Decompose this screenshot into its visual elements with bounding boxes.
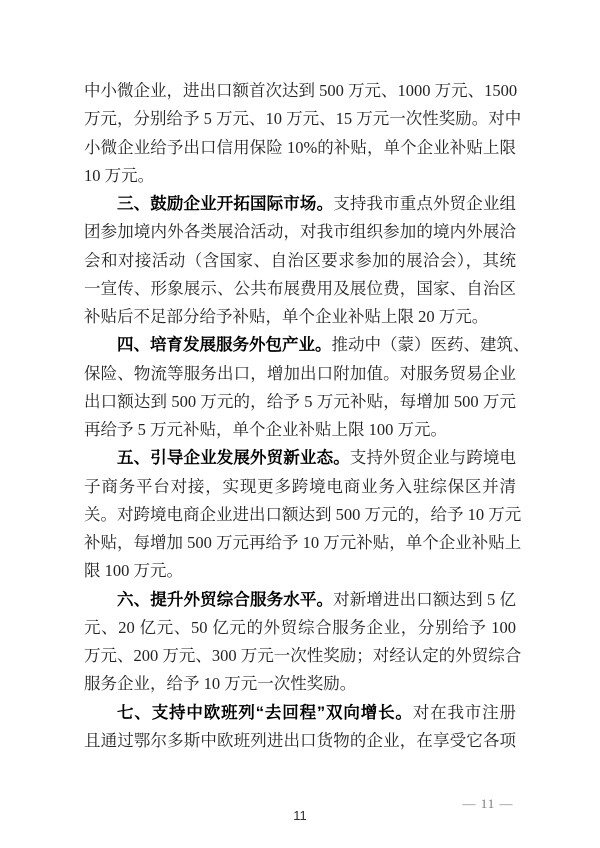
section-heading: 五、引导企业发展外贸新业态。 (117, 449, 350, 467)
text-line: 七、支持中欧班列“去回程”双向增长。对在我市注册 (84, 699, 516, 727)
body-text: 对新增进出口额达到 5 亿 (333, 590, 516, 609)
body-text: 支持外贸企业与跨境电 (350, 448, 516, 467)
text-line: 限 100 万元。 (84, 557, 516, 585)
text-line: 中小微企业，进出口额首次达到 500 万元、1000 万元、1500 (84, 77, 516, 105)
paragraph-continuation: 中小微企业，进出口额首次达到 500 万元、1000 万元、1500万元，分别给… (84, 77, 516, 190)
text-line: 五、引导企业发展外贸新业态。支持外贸企业与跨境电 (84, 444, 516, 472)
section-heading: 六、提升外贸综合服务水平。 (117, 591, 333, 609)
text-line: 关。对跨境电商企业进出口额达到 500 万元的，给予 10 万元 (84, 501, 516, 529)
text-line: 补贴，每增加 500 万元再给予 10 万元补贴，单个企业补贴上 (84, 529, 516, 557)
body-text: 推动中（蒙）医药、建筑、 (332, 335, 530, 354)
text-line: 保险、物流等服务出口，增加出口附加值。对服务贸易企业 (84, 360, 516, 388)
text-line: 服务企业，给予 10 万元一次性奖励。 (84, 670, 516, 698)
text-line: 小微企业给予出口信用保险 10%的补贴，单个企业补贴上限 (84, 134, 516, 162)
paragraph-section-3: 三、鼓励企业开拓国际市场。支持我市重点外贸企业组团参加境内外各类展洽活动，对我市… (84, 190, 516, 331)
paragraph-section-6: 六、提升外贸综合服务水平。对新增进出口额达到 5 亿元、20 亿元、50 亿元的… (84, 586, 516, 699)
text-line: 元、20 亿元、50 亿元的外贸综合服务企业，分别给予 100 (84, 614, 516, 642)
text-line: 四、培育发展服务外包产业。推动中（蒙）医药、建筑、 (84, 331, 516, 359)
paragraph-section-7: 七、支持中欧班列“去回程”双向增长。对在我市注册且通过鄂尔多斯中欧班列进出口货物… (84, 699, 516, 756)
text-line: 万元，分别给予 5 万元、10 万元、15 万元一次性奖励。对中 (84, 105, 516, 133)
text-line: 子商务平台对接，实现更多跨境电商业务入驻综保区并清 (84, 473, 516, 501)
paragraph-section-5: 五、引导企业发展外贸新业态。支持外贸企业与跨境电子商务平台对接，实现更多跨境电商… (84, 444, 516, 585)
text-line: 三、鼓励企业开拓国际市场。支持我市重点外贸企业组 (84, 190, 516, 218)
text-line: 出口额达到 500 万元的，给予 5 万元补贴，每增加 500 万元 (84, 388, 516, 416)
document-page: 中小微企业，进出口额首次达到 500 万元、1000 万元、1500万元，分别给… (0, 0, 600, 848)
text-line: 10 万元。 (84, 162, 516, 190)
text-line: 六、提升外贸综合服务水平。对新增进出口额达到 5 亿 (84, 586, 516, 614)
text-line: 补贴后不足部分给予补贴，单个企业补贴上限 20 万元。 (84, 303, 516, 331)
text-line: 万元、200 万元、300 万元一次性奖励；对经认定的外贸综合 (84, 642, 516, 670)
text-line: 且通过鄂尔多斯中欧班列进出口货物的企业，在享受它各项 (84, 727, 516, 755)
paragraph-section-4: 四、培育发展服务外包产业。推动中（蒙）医药、建筑、保险、物流等服务出口，增加出口… (84, 331, 516, 444)
section-heading: 三、鼓励企业开拓国际市场。 (117, 195, 333, 213)
document-body: 中小微企业，进出口额首次达到 500 万元、1000 万元、1500万元，分别给… (84, 77, 516, 755)
section-heading: 四、培育发展服务外包产业。 (117, 336, 332, 354)
text-line: 团参加境内外各类展洽活动，对我市组织参加的境内外展洽 (84, 218, 516, 246)
page-number-bottom: 11 (0, 808, 600, 823)
text-line: 一宣传、形象展示、公共布展费用及展位费，国家、自治区 (84, 275, 516, 303)
text-line: 会和对接活动（含国家、自治区要求参加的展洽会），其统 (84, 247, 516, 275)
section-heading: 七、支持中欧班列“去回程”双向增长。 (117, 704, 413, 722)
body-text: 支持我市重点外贸企业组 (333, 194, 516, 213)
text-line: 再给予 5 万元补贴，单个企业补贴上限 100 万元。 (84, 416, 516, 444)
body-text: 对在我市注册 (413, 703, 516, 722)
